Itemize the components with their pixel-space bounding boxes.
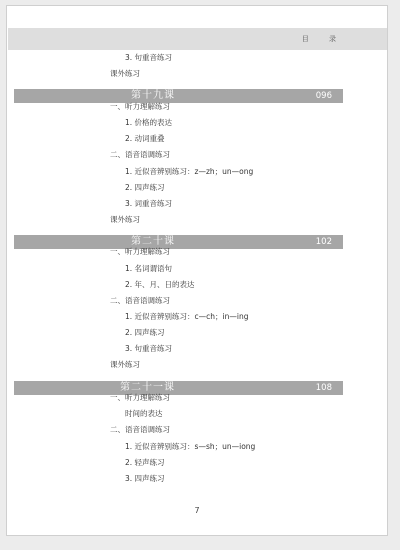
document-page: 目 录 3. 句重音练习课外练习第十九课096一、听力理解练习1. 价格的表达2… xyxy=(6,5,388,536)
toc-subitem[interactable]: 1. 名词谓语句 xyxy=(125,264,172,274)
toc-subitem[interactable]: 2. 年、月、日的表达 xyxy=(125,280,195,290)
toc-section[interactable]: 二、语音语调练习 xyxy=(110,296,170,306)
toc-subitem[interactable]: 1. 近似音辨别练习：c—ch；in—ing xyxy=(125,312,248,322)
toc-subitem[interactable]: 1. 近似音辨别练习：s—sh；un—iong xyxy=(125,442,255,452)
toc-section[interactable]: 二、语音语调练习 xyxy=(110,150,170,160)
toc-extra-exercise[interactable]: 课外练习 xyxy=(110,215,140,225)
page-number: 7 xyxy=(7,506,387,515)
toc-subitem[interactable]: 3. 词重音练习 xyxy=(125,199,172,209)
header-label: 目 录 xyxy=(302,34,345,44)
toc-subitem[interactable]: 时间的表达 xyxy=(125,409,163,419)
lesson-page-number: 108 xyxy=(316,383,332,393)
toc-subitem[interactable]: 1. 价格的表达 xyxy=(125,118,172,128)
lesson-heading[interactable]: 第二十课102 xyxy=(14,235,343,249)
toc-subitem[interactable]: 2. 四声练习 xyxy=(125,183,165,193)
toc-subitem[interactable]: 2. 轻声练习 xyxy=(125,458,165,468)
toc-subitem[interactable]: 2. 动词重叠 xyxy=(125,134,165,144)
toc-subitem[interactable]: 3. 句重音练习 xyxy=(125,53,172,63)
toc-extra-exercise[interactable]: 课外练习 xyxy=(110,69,140,79)
lesson-heading[interactable]: 第二十一课108 xyxy=(14,381,343,395)
toc-extra-exercise[interactable]: 课外练习 xyxy=(110,360,140,370)
toc-section[interactable]: 一、听力理解练习 xyxy=(110,247,170,257)
toc-subitem[interactable]: 1. 近似音辨别练习：z—zh；un—ong xyxy=(125,167,253,177)
lesson-page-number: 096 xyxy=(316,91,332,101)
lesson-page-number: 102 xyxy=(316,237,332,247)
toc-section[interactable]: 二、语音语调练习 xyxy=(110,425,170,435)
toc-subitem[interactable]: 3. 句重音练习 xyxy=(125,344,172,354)
toc-subitem[interactable]: 3. 四声练习 xyxy=(125,474,165,484)
toc-section[interactable]: 一、听力理解练习 xyxy=(110,393,170,403)
toc-section[interactable]: 一、听力理解练习 xyxy=(110,102,170,112)
toc-subitem[interactable]: 2. 四声练习 xyxy=(125,328,165,338)
lesson-heading[interactable]: 第十九课096 xyxy=(14,89,343,103)
lesson-title: 第十九课 xyxy=(131,90,175,102)
running-header: 目 录 xyxy=(8,28,387,50)
